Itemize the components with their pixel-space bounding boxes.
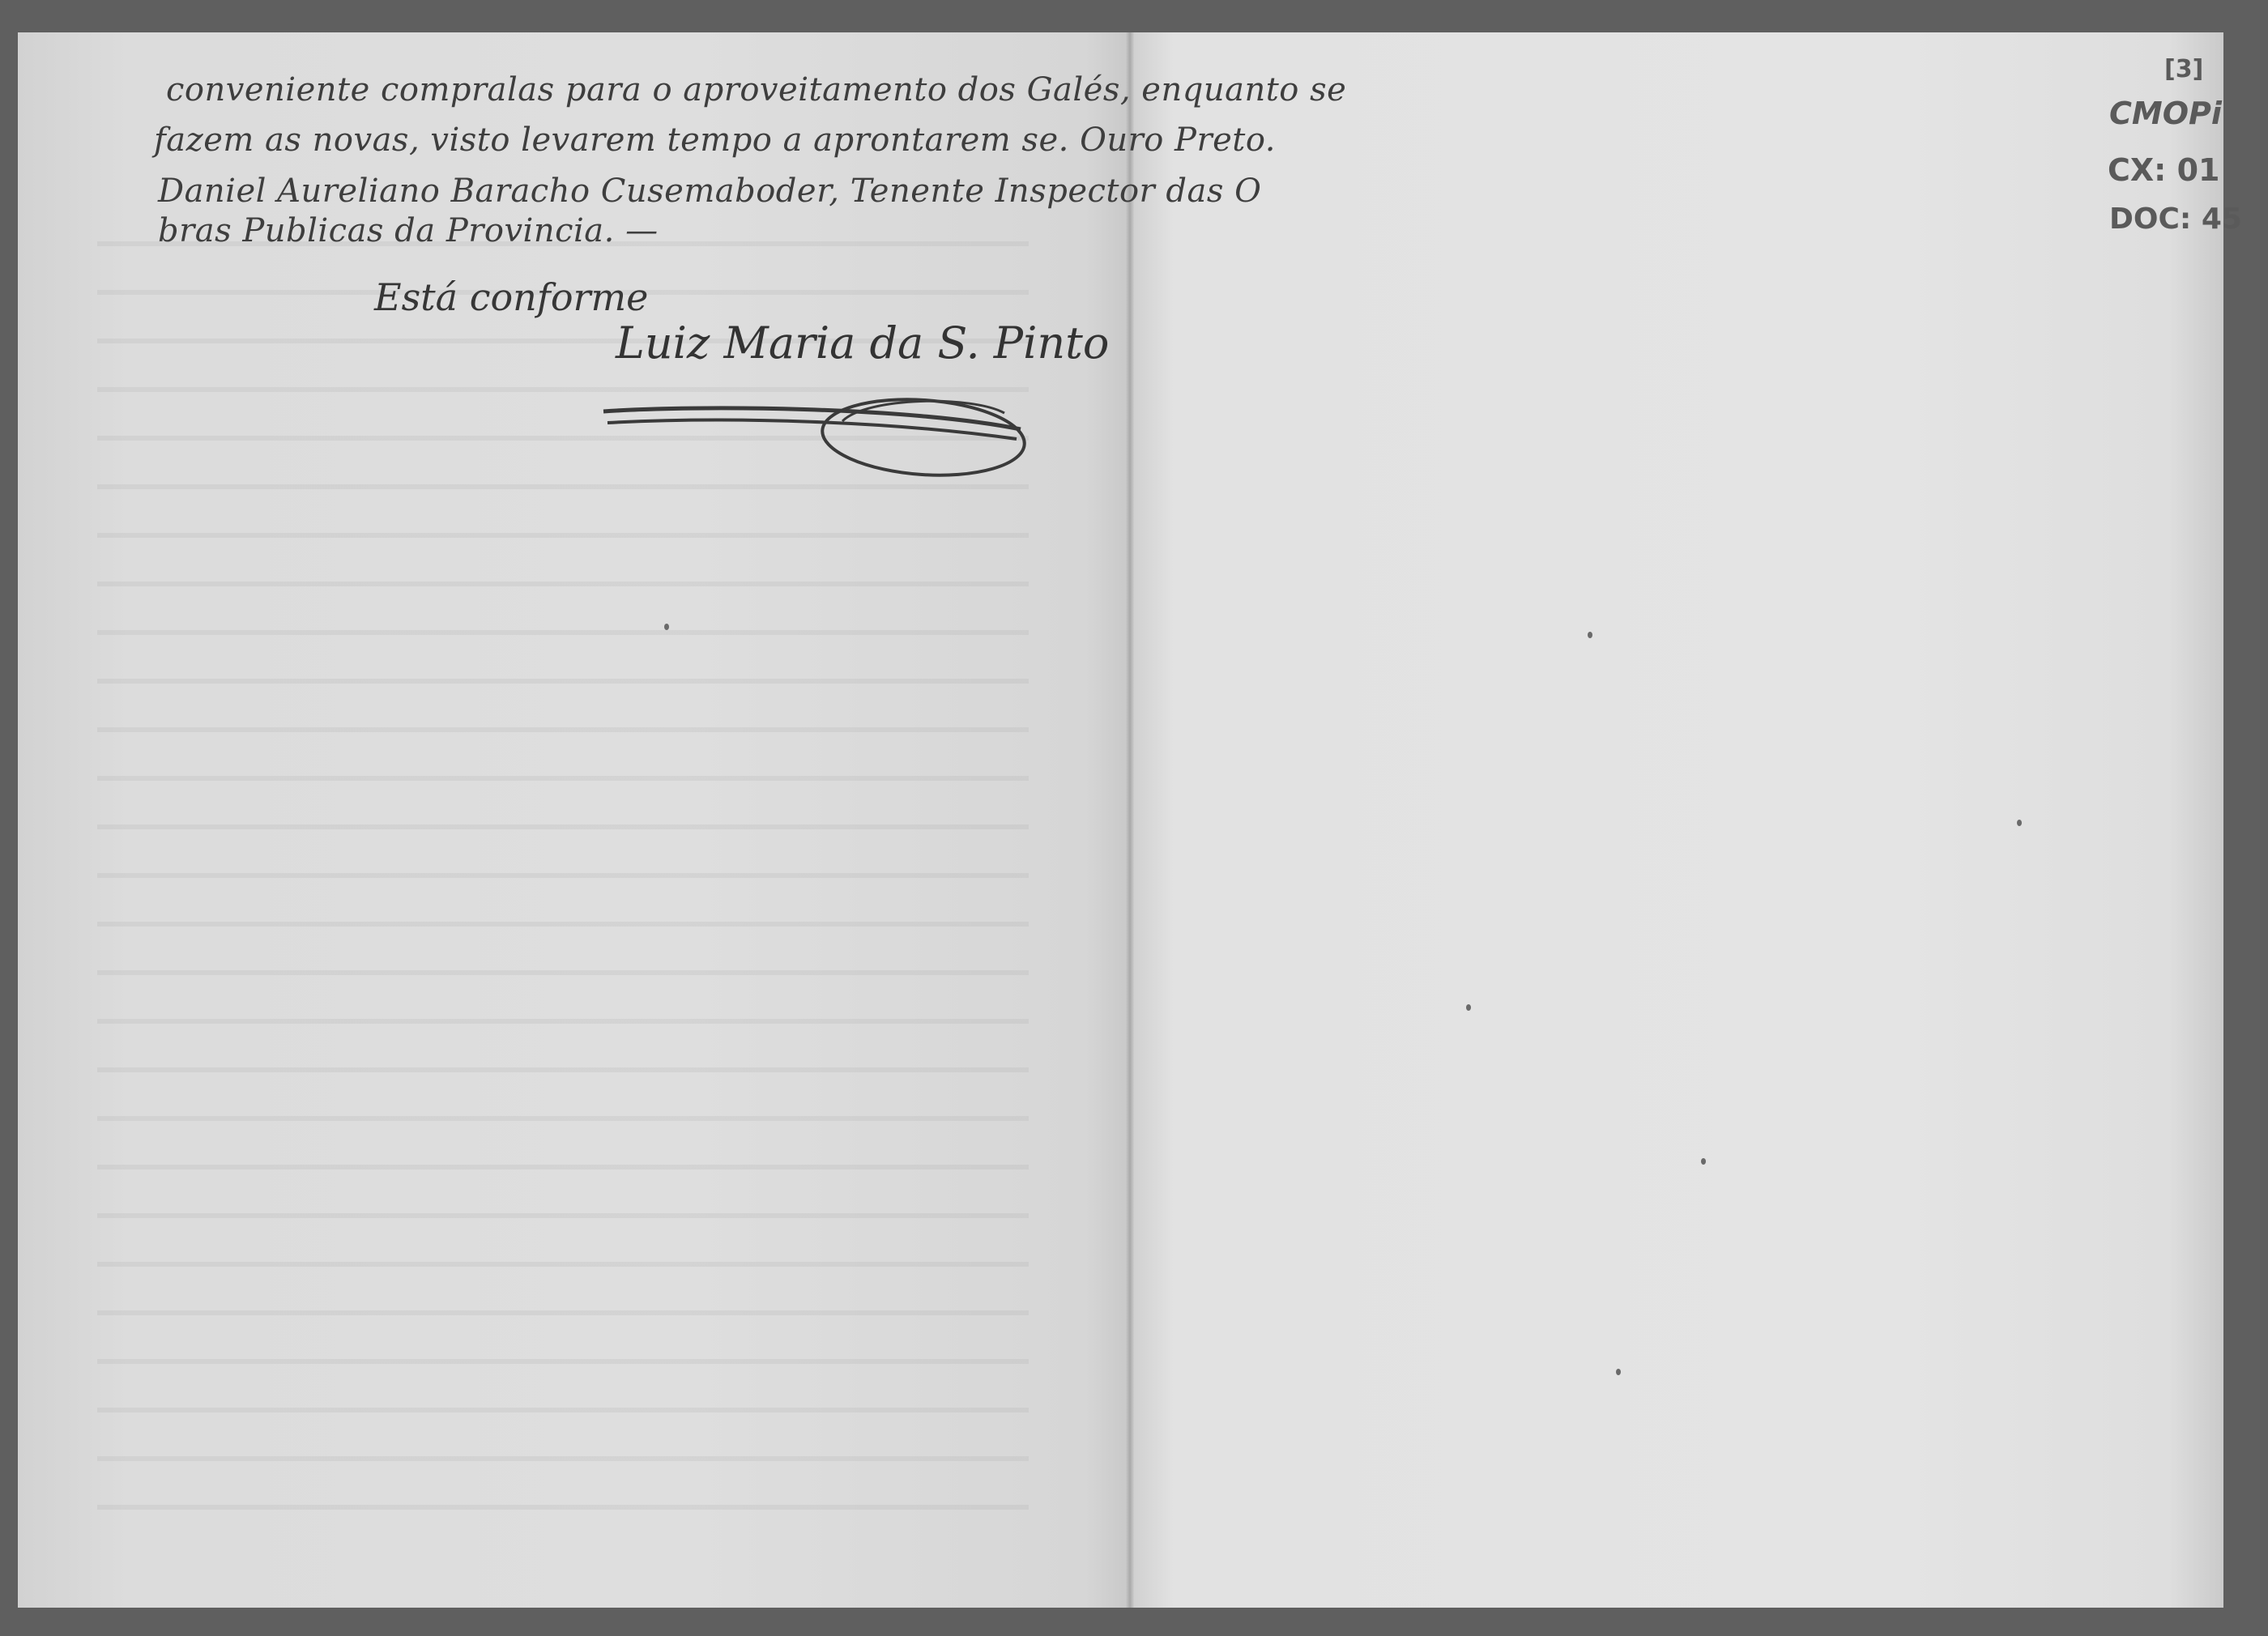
manuscript-line: conveniente compralas para o aproveitame… — [166, 71, 1346, 109]
paper-speck — [1701, 1158, 1706, 1165]
manuscript-line: Daniel Aureliano Baracho Cusemaboder, Te… — [158, 173, 1261, 210]
label-doc: DOC: 45 — [2109, 202, 2242, 236]
left-page — [18, 32, 1130, 1608]
label-index: [3] — [2164, 55, 2203, 83]
paper-speck — [664, 624, 669, 630]
paper-speck — [2017, 820, 2022, 826]
label-box: CX: 01 — [2108, 152, 2220, 188]
paper-speck — [1466, 1004, 1471, 1011]
signature: Luiz Maria da S. Pinto — [616, 317, 1109, 369]
label-fund: CMOPi — [2109, 96, 2222, 131]
manuscript-line: fazem as novas, visto levarem tempo a ap… — [154, 121, 1276, 159]
manuscript-line: bras Publicas da Provincia. — — [158, 212, 659, 249]
paper-speck — [1616, 1369, 1621, 1375]
attestation-text: Está conforme — [374, 275, 648, 319]
paper-speck — [1588, 632, 1592, 638]
scanned-document: conveniente compralas para o aproveitame… — [0, 0, 2268, 1636]
signature-flourish-icon — [599, 381, 1037, 494]
archive-label: [3] CMOPi CX: 01 DOC: 45 — [2106, 49, 2223, 243]
right-page — [1130, 32, 2223, 1608]
page-fold — [1126, 32, 1134, 1608]
